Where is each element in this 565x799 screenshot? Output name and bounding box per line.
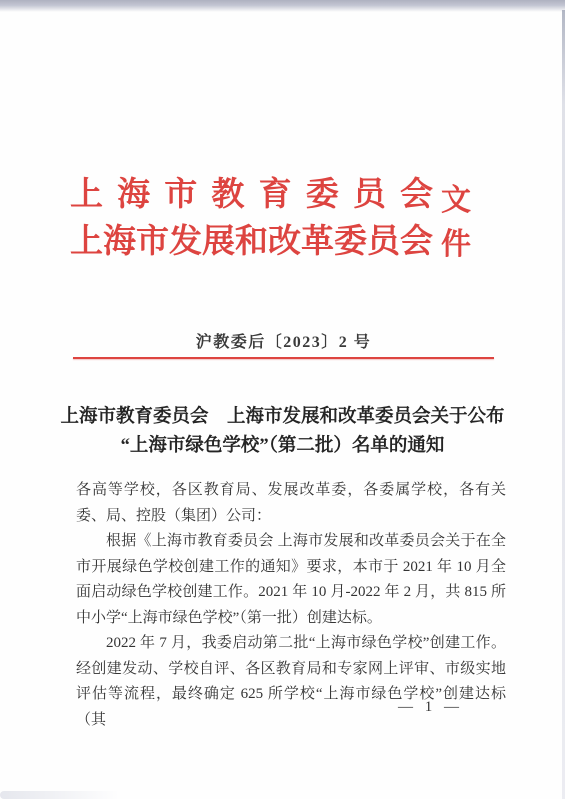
page-number: — 1 —	[398, 699, 463, 716]
letterhead: 上海市教育委员会 上海市发展和改革委员会 文件	[70, 172, 500, 266]
red-divider-line	[73, 357, 494, 359]
salutation-paragraph: 各高等学校，各区教育局、发展改革委，各委属学校，各有关委、局、控股（集团）公司：	[76, 478, 506, 529]
letterhead-doc-type-label: 文件	[441, 175, 500, 263]
document-body: 各高等学校，各区教育局、发展改革委，各委属学校，各有关委、局、控股（集团）公司：…	[76, 478, 506, 733]
scan-smudge-bottom	[0, 791, 120, 799]
scan-edge-top	[0, 0, 565, 12]
agency-name-line2: 上海市发展和改革委员会	[70, 219, 433, 266]
letterhead-agency-names: 上海市教育委员会 上海市发展和改革委员会	[70, 172, 433, 266]
document-title-line2: “上海市绿色学校”（第二批）名单的通知	[40, 432, 525, 461]
body-paragraph-1: 根据《上海市教育委员会 上海市发展和改革委员会关于在全市开展绿色学校创建工作的通…	[76, 529, 506, 631]
document-title-line1: 上海市教育委员会 上海市发展和改革委员会关于公布	[40, 403, 525, 432]
body-paragraph-2: 2022 年 7 月，我委启动第二批“上海市绿色学校”创建工作。经创建发动、学校…	[76, 631, 506, 733]
document-number: 沪教委后〔2023〕2 号	[73, 333, 494, 353]
scanned-document-page: 上海市教育委员会 上海市发展和改革委员会 文件 沪教委后〔2023〕2 号 上海…	[0, 0, 565, 799]
agency-name-line1: 上海市教育委员会	[70, 172, 433, 219]
document-title: 上海市教育委员会 上海市发展和改革委员会关于公布 “上海市绿色学校”（第二批）名…	[40, 403, 525, 461]
